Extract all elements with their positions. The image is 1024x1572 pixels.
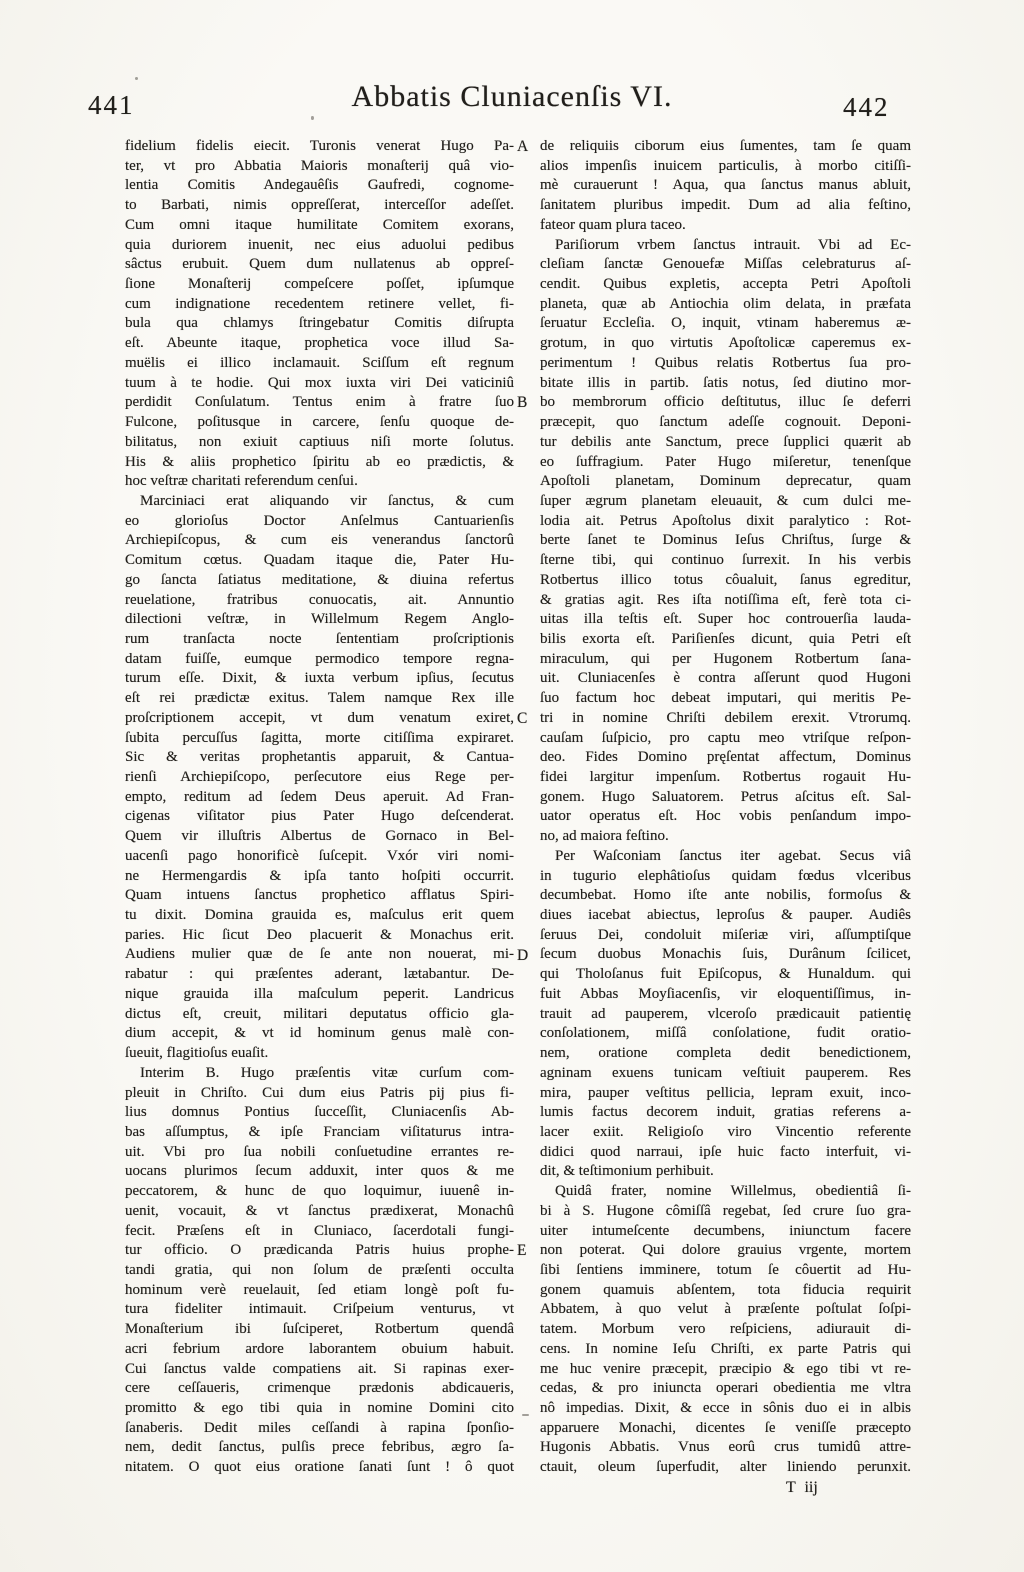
text-line: gonem. Hugo Saluatorem. Petrus aſcitus e… [540,788,911,808]
text-line: ne Hermengardis & ipſa tanto hoſpiti occ… [125,867,514,887]
text-line: bas aſſumptus, & ipſe Franciam viſitatur… [125,1123,514,1143]
text-line: ſanaberis. Dedit miles ceſſandi à rapina… [125,1419,514,1439]
text-line: Cum omni itaque humilitate Comitem exora… [125,216,514,236]
text-line: Marciniaci erat aliquando vir ſanctus, &… [125,492,514,512]
text-line: me huc venire præcepit, præcipio & ego t… [540,1360,911,1380]
text-line: dilectioni veſtræ, in Willelmum Regem An… [125,610,514,630]
text-line: fateor quam plura taceo. [540,216,911,236]
text-line: mira, pauper veſtitus pellicia, lepram e… [540,1084,911,1104]
text-line: uocans plurimos ſecum adduxit, inter quo… [125,1162,514,1182]
text-line: tur debilis ante Sanctum, prece ſupplici… [540,433,911,453]
text-line: gonem quamuis abſentem, tota fiducia req… [540,1281,911,1301]
text-line: fidei largitur impenſum. Rotbertus rogau… [540,768,911,788]
text-line: go ſancta ſatiatus meditatione, & diuina… [125,571,514,591]
text-line: tu dixit. Domina grauida es, maſculus er… [125,906,514,926]
gutter-letter-e: E [517,1241,526,1261]
text-line: Quem vir illuſtris Albertus de Gornaco i… [125,827,514,847]
text-line: rum tranſacta nocte ſententiam proſcript… [125,630,514,650]
text-line: rabatur : qui præſentes aderant, lætaban… [125,965,514,985]
text-line: rienſi Archiepiſcopo, perſecutore eius R… [125,768,514,788]
text-line: muëlis ei illico inclamauit. Sciſſum eſt… [125,354,514,374]
text-line: dictus eſt, creuit, militari deputatus o… [125,1005,514,1025]
text-line: bilis exorta eſt. Pariſienſes dicunt, qu… [540,630,911,650]
text-line: præcepit, quo ſanctum adeſſe cognouit. D… [540,413,911,433]
text-line: turum eſſe. Dixit, & iuxta verbum ipſius… [125,669,514,689]
text-line: peccatorem, & hunc de quo loquimur, iuue… [125,1182,514,1202]
text-line: planeta, quæ ab Antiochia olim delata, i… [540,295,911,315]
text-line: tura fideliter intimauit. Criſpeium vent… [125,1300,514,1320]
text-line: Comitum cœtus. Quadam itaque die, Pater … [125,551,514,571]
ink-speck [311,116,314,120]
text-line: ſuper ægrum planetam eleuauit, & cum dul… [540,492,911,512]
text-line: deo. Fides Domino pręſentat affectum, Do… [540,748,911,768]
text-line: ctauit, oleum ſuperfudit, alter liniendo… [540,1458,911,1478]
gutter-letter-a: A [517,137,528,157]
text-line: Abbatem, à quo velut à præſente poſtulat… [540,1300,911,1320]
text-line: eſt. Abeunte itaque, prophetica voce ill… [125,334,514,354]
text-line: bitate illis in partib. ſatis notus, ſed… [540,374,911,394]
text-line: dit, & teſtimonium perhibuit. [540,1162,911,1182]
text-line: cum indignatione recedentem retinere vel… [125,295,514,315]
text-line: uiter intumeſcente decumbens, iniunctum … [540,1222,911,1242]
text-line: Apoſtoli planetam, Dominum deprecatur, q… [540,472,911,492]
text-line: hoc veſtræ charitati referendum cenſui. [125,472,514,492]
text-line: lodia ait. Petrus Apoſtolus dixit paraly… [540,512,911,532]
text-line: in tugurio elephâtioſus quidam fœdus vlc… [540,867,911,887]
text-line: non poterat. Qui dolore grauius vrgente,… [540,1241,911,1261]
text-line: mè curauerunt ! Aqua, qua ſanctus manus … [540,176,911,196]
text-line: cauſam ſuſpicio, pro captu meo vtriſque … [540,729,911,749]
text-line: bilitatus, non exiuit captiuus niſi mort… [125,433,514,453]
book-page-scan: 441 Abbatis Cluniacenſis VI. 442 fideliu… [0,0,1024,1572]
text-line: lacer exiit. Religioſo viro Vincentio re… [540,1123,911,1143]
text-line: cere ceſſaueris, crimenque prædonis abdi… [125,1379,514,1399]
signature-mark: T iij [786,1479,818,1497]
text-line: uenit, vocauit, & vt ſanctus prædixerat,… [125,1202,514,1222]
text-line: Hugonis Abbatis. Vnus eorû crus tumidû a… [540,1438,911,1458]
text-line: dium accepit, & vt id hominum genus malè… [125,1024,514,1044]
text-line: cendit. Quibus expletis, accepta Petri A… [540,275,911,295]
text-line: Fulcone, poſitusque in carcere, ſenſu qu… [125,413,514,433]
right-column: de reliquiis ciborum eius ſumentes, tam … [540,137,911,1478]
text-line: qui Tholoſanus fuit Epiſcopus, & Hunaldu… [540,965,911,985]
text-line: nem, dedit ſanctus, pulſis prece febribu… [125,1438,514,1458]
text-line: nitatem. O quot eius oratione ſanati ſun… [125,1458,514,1478]
text-line: paries. Hic ſicut Deo placuerit & Monach… [125,926,514,946]
text-line: Quam intuens ſanctus prophetico afflatus… [125,886,514,906]
text-line: Sic & veritas prophetantis apparuit, & C… [125,748,514,768]
text-line: miraculum, qui per Hugonem Rotbertum ſan… [540,650,911,670]
text-line: datam fuiſſe, eumque permodico tempore r… [125,650,514,670]
text-line: proſcriptionem accepit, vt dum venatum e… [125,709,514,729]
text-line: ſione Monaſterij compeſcere poſſet, ipſu… [125,275,514,295]
text-line: sâctus erubuit. Quem dum nullatenus ab o… [125,255,514,275]
text-line: eo ſuffragium. Pater Hugo miſeretur, ten… [540,453,911,473]
text-line: bula qua chlamys ſtringebatur Comitis di… [125,314,514,334]
text-line: apparuere Monachi, dicentes ſe veniſſe p… [540,1419,911,1439]
text-line: Monaſterium ibi ſuſciperet, Rotbertum qu… [125,1320,514,1340]
text-line: Archiepiſcopus, & cum eis venerandus ſan… [125,531,514,551]
text-line: nô impedias. Dixit, & ecce in sônis duo … [540,1399,911,1419]
text-line: cens. In nomine Ieſu Chriſti, ex parte P… [540,1340,911,1360]
gutter-letter-b: B [517,393,527,413]
text-line: cigenas viſitator pius Pater Hugo deſcen… [125,807,514,827]
text-line: pleuit in Chriſto. Cui dum eius Patris p… [125,1084,514,1104]
text-line: acri febrium ardore laborantem obuium ha… [125,1340,514,1360]
text-line: tandi gratia, qui non ſolum de præſenti … [125,1261,514,1281]
text-line: uit. Cluniacenſes è contra aſſerunt quod… [540,669,911,689]
ink-speck [522,1414,529,1416]
text-line: reuelatione, fratribus conuocatis, ait. … [125,591,514,611]
text-line: Interim B. Hugo præſentis vitæ curſum co… [125,1064,514,1084]
text-line: ſecum duobus Monachis ſuis, Durânum ſcil… [540,945,911,965]
text-line: tri in nomine Chriſti debilem erexit. Vt… [540,709,911,729]
text-line: tatem. Morbum vero reſpiciens, adiurauit… [540,1320,911,1340]
text-line: fuit Abbas Moyſiacenſis, vir eloquentiſſ… [540,985,911,1005]
text-line: Per Waſconiam ſanctus iter agebat. Secus… [540,847,911,867]
text-line: ter, vt pro Abbatia Maioris monaſterij q… [125,157,514,177]
text-line: cleſiam ſanctæ Genouefæ Miſſas celebratu… [540,255,911,275]
text-line: uacenſi pago honorificè ſuſcepit. Vxór v… [125,847,514,867]
text-line: diues iacebat abiectus, leproſus & paupe… [540,906,911,926]
text-line: ſterne tibi, qui continuo ſurrexit. In h… [540,551,911,571]
text-line: trauit ad pauperem, vlceroſo prædicauit … [540,1005,911,1025]
text-line: to Barbati, nimis oppreſſerat, interceſſ… [125,196,514,216]
text-line: bo membrorum officio deſtitutus, illuc ſ… [540,393,911,413]
text-line: cedas, & pro iniuncta operari obedientia… [540,1379,911,1399]
text-line: ſeruatur Eccleſia. O, inquit, vtinam hab… [540,314,911,334]
left-column: fidelium fidelis eiecit. Turonis venerat… [125,137,514,1478]
text-line: perimentum ! Quibus relatis Rotbertus ſu… [540,354,911,374]
text-line: hominum verè reuelauit, ſed etiam longè … [125,1281,514,1301]
text-line: lumis factus decorem induit, gratias ref… [540,1103,911,1123]
text-line: Pariſiorum vrbem ſanctus intrauit. Vbi a… [540,236,911,256]
text-line: no, ad maiora feſtino. [540,827,911,847]
text-line: ſueuit, flagitioſus euaſit. [125,1044,514,1064]
text-line: ſibi ſentiens imminere, totum ſe côuerti… [540,1261,911,1281]
text-line: berte ſanet te Dominus Ieſus Chriſtus, ſ… [540,531,911,551]
text-line: nique grauida illa maſculum peperit. Lan… [125,985,514,1005]
text-line: eo glorioſus Doctor Anſelmus Cantuarienſ… [125,512,514,532]
text-line: alios impenſis inuicem particulis, à mor… [540,157,911,177]
text-line: fecit. Præſens eſt in Cluniaco, ſacerdot… [125,1222,514,1242]
text-line: grotum, in quo virtutis Apoſtolicæ caper… [540,334,911,354]
text-line: tur officio. O prædicanda Patris huius p… [125,1241,514,1261]
text-line: perdidit Conſulatum. Tentus enim à fratr… [125,393,514,413]
text-line: Audiens mulier quæ de ſe ante non nouera… [125,945,514,965]
text-line: quia duriorem inuenit, nec eius aduolui … [125,236,514,256]
text-line: decumbebat. Homo iſte ante nobilis, form… [540,886,911,906]
text-line: & gratias agit. Res iſta notiſſima eſt, … [540,591,911,611]
text-line: ſubita percuſſus ſagitta, morte citiſſim… [125,729,514,749]
text-line: ſeruus Dei, condoluit miſeriæ viri, aſſu… [540,926,911,946]
text-line: Rotbertus illico totus côualuit, ſanus e… [540,571,911,591]
text-line: conſolationem, miſſâ conſolatione, fudit… [540,1024,911,1044]
text-line: ſuo factum hoc debeat imputari, qui meri… [540,689,911,709]
text-line: Quidâ frater, nomine Willelmus, obedient… [540,1182,911,1202]
text-line: bi à S. Hugone cômiſſâ regebat, ſed crur… [540,1202,911,1222]
gutter-letter-d: D [517,946,528,966]
text-line: nem, oratione completa dedit benediction… [540,1044,911,1064]
text-line: lius domnus Pontius ſucceſſit, Cluniacen… [125,1103,514,1123]
gutter-letter-c: C [517,709,527,729]
text-line: agninam exuens tunicam veſtiuit pauperem… [540,1064,911,1084]
text-line: tuum à te hodie. Qui mox iuxta viri Dei … [125,374,514,394]
text-line: Cui ſanctus valde compatiens ait. Si rap… [125,1360,514,1380]
text-line: didici quod narraui, ipſe huic facto int… [540,1143,911,1163]
text-line: de reliquiis ciborum eius ſumentes, tam … [540,137,911,157]
text-line: promitto & ego tibi quia in nomine Domin… [125,1399,514,1419]
text-line: uator operatus eſt. Hoc vobis penſandum … [540,807,911,827]
text-line: His & aliis prophetico ſpiritu ab eo præ… [125,453,514,473]
text-line: lentia Comitis Andegauêſis Gaufredi, cog… [125,176,514,196]
text-line: uit. Vbi pro ſua nobili conſuetudine err… [125,1143,514,1163]
text-line: empto, reditum ad ſedem Deus aperuit. Ad… [125,788,514,808]
text-line: uitas illa teſtis eſt. Super hoc controu… [540,610,911,630]
text-line: fidelium fidelis eiecit. Turonis venerat… [125,137,514,157]
ink-speck [135,77,138,80]
page-number-right: 442 [843,92,890,123]
text-line: eſt rei prædictæ exitus. Talem namque Re… [125,689,514,709]
text-line: ſanitatem pluribus impedit. Dum ad alia … [540,196,911,216]
